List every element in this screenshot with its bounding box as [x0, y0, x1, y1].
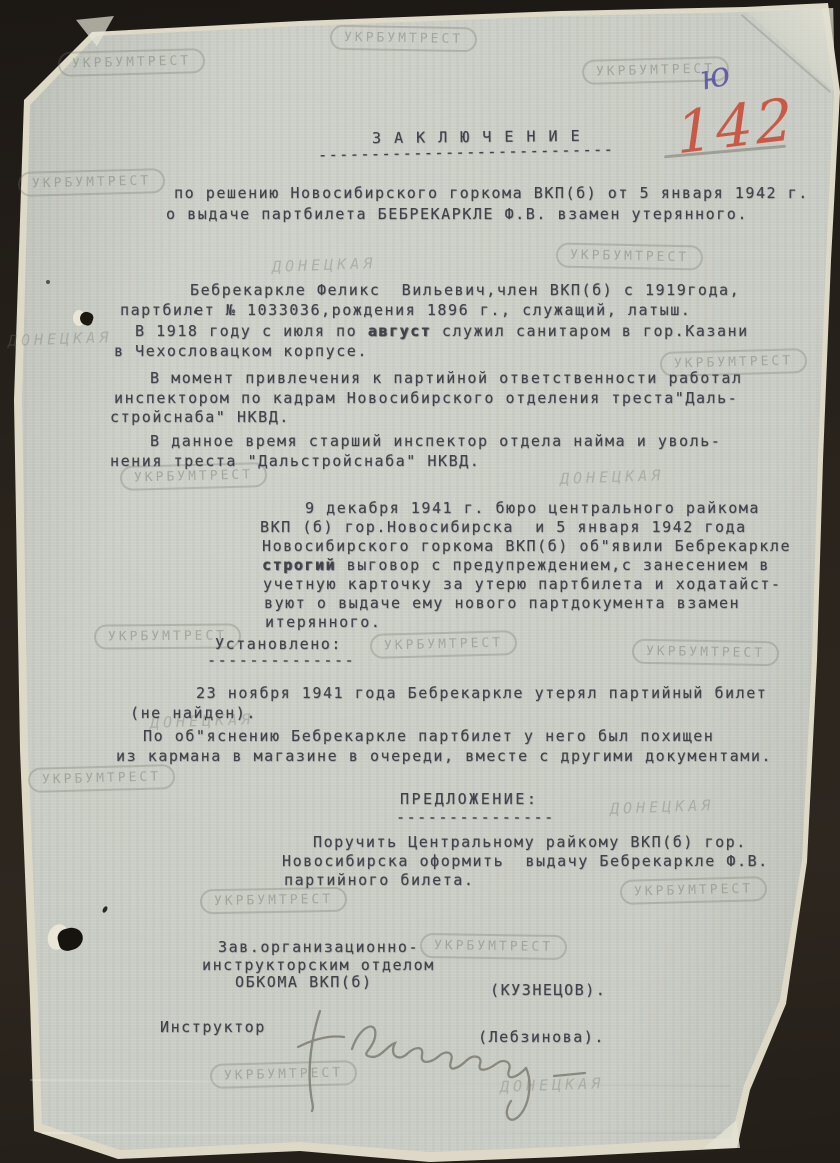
watermark-script: ДОНЕЦКАЯ — [610, 796, 715, 818]
body-line: 23 ноября 1941 года Бебрекаркле утерял п… — [196, 684, 767, 702]
body-line: В 1918 году с июля по август служил сани… — [135, 322, 749, 340]
section-underline: --------------- — [396, 808, 555, 826]
body-line: итерянного. — [265, 613, 381, 631]
body-text: выговор с предупреждением,с занесением в — [336, 556, 770, 574]
overstruck-word: август — [368, 322, 432, 340]
watermark-stamp: УКРБУМТРЕСТ — [18, 168, 166, 197]
watermark-stamp: УКРБУМТРЕСТ — [28, 764, 176, 793]
body-text: В 1918 году с июля по — [135, 322, 368, 340]
body-line: Поручить Центральному райкому ВКП(б) гор… — [313, 833, 747, 851]
watermark-stamp: УКРБУМТРЕСТ — [370, 630, 518, 659]
body-line: в Чехословацком корпусе. — [114, 342, 368, 360]
body-line: По об"яснению Бебрекаркле партбилет у не… — [143, 727, 714, 745]
signer-role-line: инструкторским отделом — [202, 956, 435, 974]
scanned-document-page: УКРБУМТРЕСТ УКРБУМТРЕСТ УКРБУМТРЕСТ УКРБ… — [0, 0, 840, 1163]
paper-speck — [46, 280, 50, 284]
body-line: вуют о выдаче ему нового партдокумента в… — [264, 594, 740, 612]
watermark-script: ДОНЕЦКАЯ — [272, 254, 377, 276]
watermark-script: ДОНЕЦКАЯ — [8, 328, 113, 350]
watermark-script: ДОНЕЦКАЯ — [560, 466, 665, 488]
watermark-stamp: УКРБУМТРЕСТ — [58, 48, 206, 77]
handwritten-signature — [288, 995, 618, 1145]
section-heading-proposal: ПРЕДЛОЖЕНИЕ: — [400, 790, 538, 808]
signer-role-line: Инструктор — [160, 1018, 266, 1036]
intro-line: по решению Новосибирского горкома ВКП(б)… — [174, 184, 809, 202]
body-line: строгий выговор с предупреждением,с зане… — [262, 556, 770, 574]
signer-role-line: ОБКОМА ВКП(б) — [235, 973, 373, 991]
signer-role-line: Зав.организационно- — [218, 938, 419, 956]
body-line: ВКП (б) гор.Новосибирска и 5 января 1942… — [260, 518, 747, 536]
body-line: 9 декабря 1941 г. бюро центрального райк… — [305, 499, 760, 517]
watermark-stamp: УКРБУМТРЕСТ — [556, 242, 704, 270]
watermark-stamp: УКРБУМТРЕСТ — [620, 876, 768, 905]
body-line: Новосибирска оформить выдачу Бебрекаркле… — [282, 852, 769, 870]
watermark-stamp: УКРБУМТРЕСТ — [420, 933, 567, 960]
intro-line: о выдаче партбилета БЕБРЕКАРКЛЕ Ф.В. вза… — [166, 205, 748, 223]
body-line: из кармана в магазине в очереди, вместе … — [116, 747, 772, 765]
body-line: В момент привлечения к партийной ответст… — [150, 369, 743, 387]
body-line: В данное время старший инспектор отдела … — [150, 432, 721, 450]
body-line: Новосибирского горкома ВКП(б) об"явили Б… — [262, 537, 791, 555]
section-underline: -------------- — [207, 651, 355, 669]
body-line: партийного билета. — [284, 871, 474, 889]
body-line: Бебрекаркле Феликс Вильевич,член ВКП(б) … — [190, 281, 740, 299]
overstruck-word: строгий — [262, 556, 336, 574]
body-line: инспектором по кадрам Новосибирского отд… — [114, 389, 738, 407]
body-line: учетную карточку за утерю партбилета и х… — [263, 575, 781, 593]
watermark-stamp: УКРБУМТРЕСТ — [330, 25, 478, 53]
body-line: партбилет № 1033036,рождения 1896 г., сл… — [120, 301, 691, 319]
body-line: нения треста "Дальстройснаба" НКВД. — [110, 452, 480, 470]
body-line: стройснаба" НКВД. — [110, 408, 290, 426]
body-text: служил санитаром в гор.Казани — [431, 322, 748, 340]
watermark-stamp: УКРБУМТРЕСТ — [632, 639, 780, 667]
body-line: (не найден). — [130, 704, 257, 722]
watermark-stamp: УКРБУМТРЕСТ — [200, 887, 348, 915]
